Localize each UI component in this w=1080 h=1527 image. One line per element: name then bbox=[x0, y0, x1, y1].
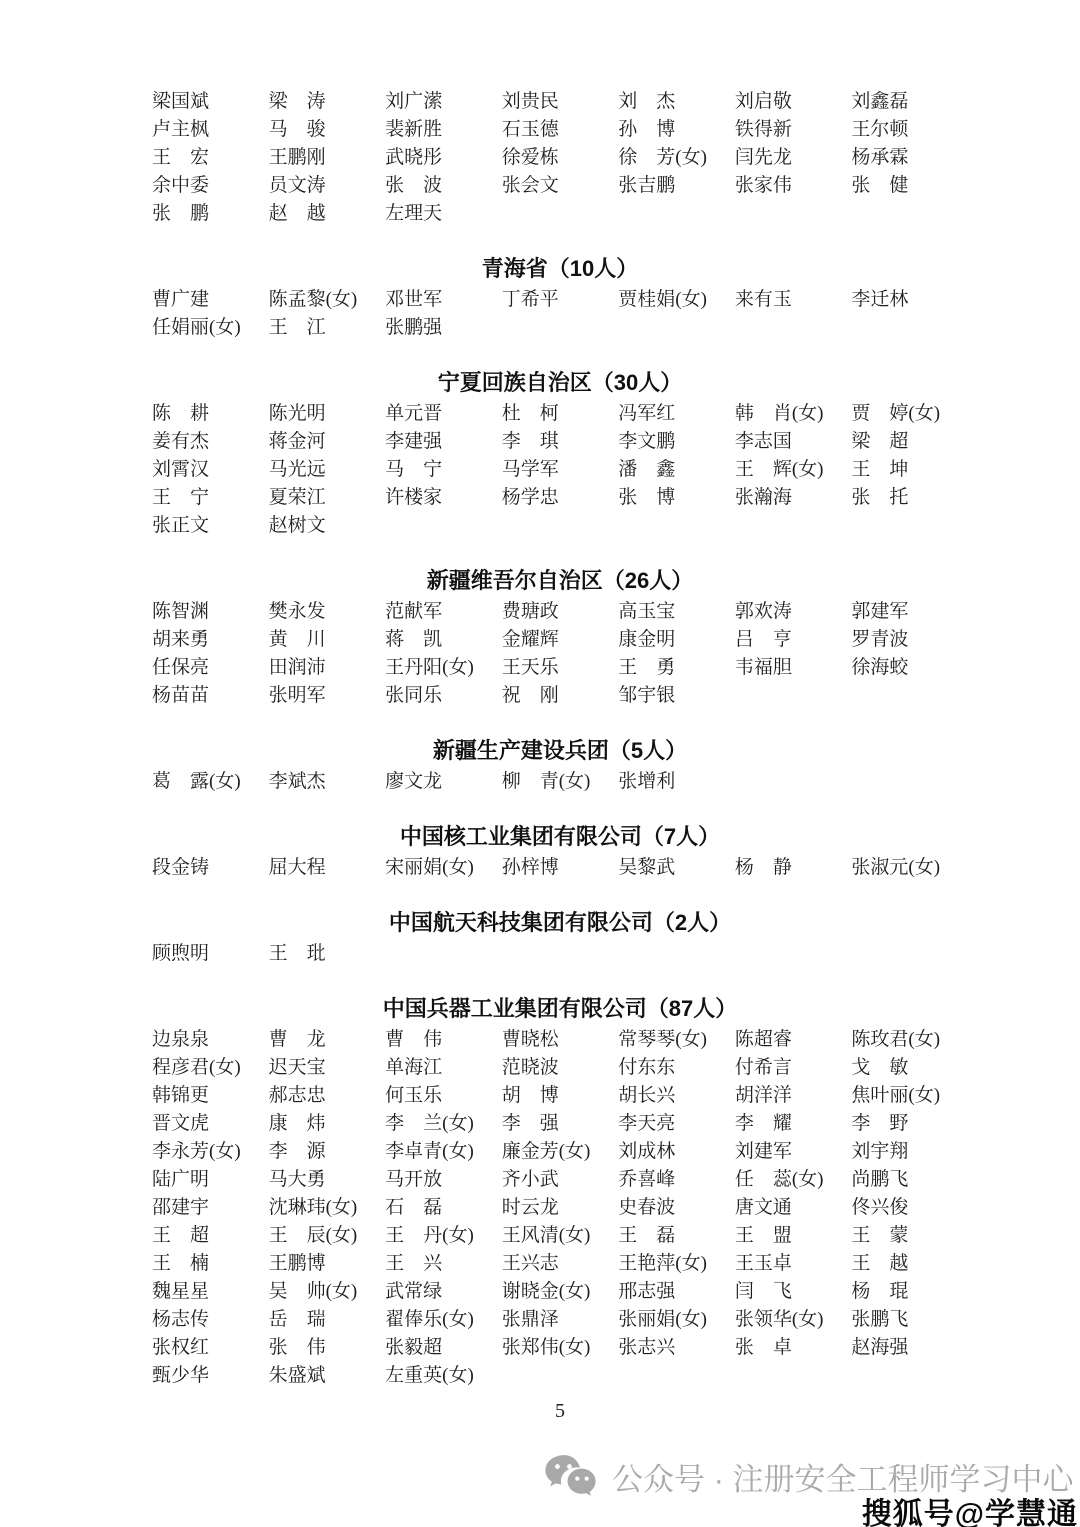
name-row: 王 宏王鹏刚武晓彤徐爱栋徐 芳(女)闫先龙杨承霖 bbox=[152, 144, 968, 172]
person-name: 丁希平 bbox=[502, 286, 619, 314]
person-name: 张家伟 bbox=[735, 172, 852, 200]
person-name: 邢志强 bbox=[618, 1278, 735, 1306]
person-name: 赵 越 bbox=[269, 200, 386, 228]
person-name: 王 兴 bbox=[385, 1250, 502, 1278]
person-name: 来有玉 bbox=[735, 286, 852, 314]
person-name: 梁 超 bbox=[851, 428, 968, 456]
person-name: 胡来勇 bbox=[152, 626, 269, 654]
person-name: 单海江 bbox=[385, 1054, 502, 1082]
person-name: 石玉德 bbox=[502, 116, 619, 144]
person-name: 张明军 bbox=[269, 682, 386, 710]
person-name: 王尔顿 bbox=[851, 116, 968, 144]
person-name: 闫 飞 bbox=[735, 1278, 852, 1306]
person-name: 刘建军 bbox=[735, 1138, 852, 1166]
person-name: 张同乐 bbox=[385, 682, 502, 710]
person-name: 陈 耕 bbox=[152, 400, 269, 428]
person-name: 段金铸 bbox=[152, 854, 269, 882]
person-name: 边泉泉 bbox=[152, 1026, 269, 1054]
person-name: 陈光明 bbox=[269, 400, 386, 428]
person-name: 任娟丽(女) bbox=[152, 314, 269, 342]
person-name: 吴黎武 bbox=[618, 854, 735, 882]
person-name: 刘启敬 bbox=[735, 88, 852, 116]
person-name: 吕 亨 bbox=[735, 626, 852, 654]
name-list-section: 梁国斌梁 涛刘广潆刘贵民刘 杰刘启敬刘鑫磊卢主枫马 骏裴新胜石玉德孙 博铁得新王… bbox=[152, 88, 968, 228]
name-row: 程彦君(女)迟天宝单海江范晓波付东东付希言戈 敏 bbox=[152, 1054, 968, 1082]
section-title: 宁夏回族自治区（30人） bbox=[152, 370, 968, 396]
person-name: 曹 伟 bbox=[385, 1026, 502, 1054]
person-name: 李 源 bbox=[269, 1138, 386, 1166]
person-name: 马 骏 bbox=[269, 116, 386, 144]
section-title: 新疆生产建设兵团（5人） bbox=[152, 738, 968, 764]
name-row: 任保亮田润沛王丹阳(女)王天乐王 勇韦福胆徐海蛟 bbox=[152, 654, 968, 682]
person-name: 齐小武 bbox=[502, 1166, 619, 1194]
person-name: 张 伟 bbox=[269, 1334, 386, 1362]
section-rows: 陈 耕陈光明单元晋杜 柯冯军红韩 肖(女)贾 婷(女)姜有杰蒋金河李建强李 琪李… bbox=[152, 400, 968, 540]
section-rows: 段金铸屈大程宋丽娟(女)孙梓博吴黎武杨 静张淑元(女) bbox=[152, 854, 968, 882]
person-name: 刘贵民 bbox=[502, 88, 619, 116]
person-name: 王天乐 bbox=[502, 654, 619, 682]
person-name: 石 磊 bbox=[385, 1194, 502, 1222]
name-row: 梁国斌梁 涛刘广潆刘贵民刘 杰刘启敬刘鑫磊 bbox=[152, 88, 968, 116]
person-name: 刘成林 bbox=[618, 1138, 735, 1166]
person-name: 王 盟 bbox=[735, 1222, 852, 1250]
person-name: 马光远 bbox=[269, 456, 386, 484]
person-name: 张毅超 bbox=[385, 1334, 502, 1362]
person-name: 徐 芳(女) bbox=[618, 144, 735, 172]
person-name: 张 鹏 bbox=[152, 200, 269, 228]
person-name: 蒋金河 bbox=[269, 428, 386, 456]
person-name: 赵树文 bbox=[269, 512, 386, 540]
person-name: 余中委 bbox=[152, 172, 269, 200]
person-name: 沈琳玮(女) bbox=[269, 1194, 386, 1222]
person-name: 杨志传 bbox=[152, 1306, 269, 1334]
person-name: 费瑭政 bbox=[502, 598, 619, 626]
person-name: 马大勇 bbox=[269, 1166, 386, 1194]
person-name: 员文涛 bbox=[269, 172, 386, 200]
sections-container: 梁国斌梁 涛刘广潆刘贵民刘 杰刘启敬刘鑫磊卢主枫马 骏裴新胜石玉德孙 博铁得新王… bbox=[152, 88, 968, 1423]
person-name: 王 玭 bbox=[269, 940, 386, 968]
person-name: 张权红 bbox=[152, 1334, 269, 1362]
section-title: 中国核工业集团有限公司（7人） bbox=[152, 824, 968, 850]
section-rows: 边泉泉曹 龙曹 伟曹晓松常琴琴(女)陈超睿陈玫君(女)程彦君(女)迟天宝单海江范… bbox=[152, 1026, 968, 1390]
person-name: 潘 鑫 bbox=[618, 456, 735, 484]
person-name: 李永芳(女) bbox=[152, 1138, 269, 1166]
person-name: 陈孟黎(女) bbox=[269, 286, 386, 314]
person-name: 杨苗苗 bbox=[152, 682, 269, 710]
name-list-section: 新疆维吾尔自治区（26人）陈智渊樊永发范献军费瑭政高玉宝郭欢涛郭建军胡来勇黄 川… bbox=[152, 568, 968, 710]
section-rows: 葛 露(女)李斌杰廖文龙柳 青(女)张增利 bbox=[152, 768, 968, 796]
person-name: 谢晓金(女) bbox=[502, 1278, 619, 1306]
person-name: 贾桂娟(女) bbox=[618, 286, 735, 314]
person-name: 魏星星 bbox=[152, 1278, 269, 1306]
person-name: 任保亮 bbox=[152, 654, 269, 682]
sohu-account-label: 搜狐号@学慧通 bbox=[862, 1489, 1078, 1527]
person-name: 李 耀 bbox=[735, 1110, 852, 1138]
name-list-section: 中国航天科技集团有限公司（2人）顾煦明王 玭 bbox=[152, 910, 968, 968]
person-name: 王风清(女) bbox=[502, 1222, 619, 1250]
person-name: 尚鹏飞 bbox=[851, 1166, 968, 1194]
person-name: 陈超睿 bbox=[735, 1026, 852, 1054]
person-name: 梁 涛 bbox=[269, 88, 386, 116]
person-name: 王 辰(女) bbox=[269, 1222, 386, 1250]
person-name: 胡长兴 bbox=[618, 1082, 735, 1110]
person-name: 廖文龙 bbox=[385, 768, 502, 796]
person-name: 蒋 凯 bbox=[385, 626, 502, 654]
person-name: 郭欢涛 bbox=[735, 598, 852, 626]
name-row: 张 鹏赵 越左理天 bbox=[152, 200, 968, 228]
person-name: 杨承霖 bbox=[851, 144, 968, 172]
person-name: 邵建宇 bbox=[152, 1194, 269, 1222]
section-title: 新疆维吾尔自治区（26人） bbox=[152, 568, 968, 594]
person-name: 王 宁 bbox=[152, 484, 269, 512]
name-row: 陈智渊樊永发范献军费瑭政高玉宝郭欢涛郭建军 bbox=[152, 598, 968, 626]
person-name: 李卓青(女) bbox=[385, 1138, 502, 1166]
person-name: 徐爱栋 bbox=[502, 144, 619, 172]
person-name: 付希言 bbox=[735, 1054, 852, 1082]
person-name: 黄 川 bbox=[269, 626, 386, 654]
person-name: 刘广潆 bbox=[385, 88, 502, 116]
person-name: 胡 博 bbox=[502, 1082, 619, 1110]
name-row: 边泉泉曹 龙曹 伟曹晓松常琴琴(女)陈超睿陈玫君(女) bbox=[152, 1026, 968, 1054]
person-name: 许楼家 bbox=[385, 484, 502, 512]
person-name: 刘鑫磊 bbox=[851, 88, 968, 116]
person-name: 王 越 bbox=[851, 1250, 968, 1278]
person-name: 铁得新 bbox=[735, 116, 852, 144]
person-name: 冯军红 bbox=[618, 400, 735, 428]
person-name: 贾 婷(女) bbox=[851, 400, 968, 428]
person-name: 邹宇银 bbox=[618, 682, 735, 710]
person-name: 王 丹(女) bbox=[385, 1222, 502, 1250]
name-row: 葛 露(女)李斌杰廖文龙柳 青(女)张增利 bbox=[152, 768, 968, 796]
person-name: 孙 博 bbox=[618, 116, 735, 144]
name-list-section: 宁夏回族自治区（30人）陈 耕陈光明单元晋杜 柯冯军红韩 肖(女)贾 婷(女)姜… bbox=[152, 370, 968, 540]
name-list-section: 中国核工业集团有限公司（7人）段金铸屈大程宋丽娟(女)孙梓博吴黎武杨 静张淑元(… bbox=[152, 824, 968, 882]
person-name: 张鹏飞 bbox=[851, 1306, 968, 1334]
person-name: 康 炜 bbox=[269, 1110, 386, 1138]
person-name: 马 宁 bbox=[385, 456, 502, 484]
person-name: 佟兴俊 bbox=[851, 1194, 968, 1222]
person-name: 韩 肖(女) bbox=[735, 400, 852, 428]
person-name: 张淑元(女) bbox=[851, 854, 968, 882]
person-name: 刘霄汉 bbox=[152, 456, 269, 484]
person-name: 王 磊 bbox=[618, 1222, 735, 1250]
name-row: 李永芳(女)李 源李卓青(女)廉金芳(女)刘成林刘建军刘宇翔 bbox=[152, 1138, 968, 1166]
person-name: 郝志忠 bbox=[269, 1082, 386, 1110]
name-row: 顾煦明王 玭 bbox=[152, 940, 968, 968]
person-name: 李建强 bbox=[385, 428, 502, 456]
name-row: 姜有杰蒋金河李建强李 琪李文鹏李志国梁 超 bbox=[152, 428, 968, 456]
person-name: 岳 瑞 bbox=[269, 1306, 386, 1334]
person-name: 罗青波 bbox=[851, 626, 968, 654]
person-name: 杜 柯 bbox=[502, 400, 619, 428]
person-name: 夏荣江 bbox=[269, 484, 386, 512]
person-name: 张 波 bbox=[385, 172, 502, 200]
name-row: 晋文虎康 炜李 兰(女)李 强李天亮李 耀李 野 bbox=[152, 1110, 968, 1138]
person-name: 王 宏 bbox=[152, 144, 269, 172]
person-name: 王 坤 bbox=[851, 456, 968, 484]
person-name: 时云龙 bbox=[502, 1194, 619, 1222]
person-name: 梁国斌 bbox=[152, 88, 269, 116]
person-name: 张丽娟(女) bbox=[618, 1306, 735, 1334]
person-name: 单元晋 bbox=[385, 400, 502, 428]
person-name: 张鼎泽 bbox=[502, 1306, 619, 1334]
person-name: 马学军 bbox=[502, 456, 619, 484]
section-rows: 顾煦明王 玭 bbox=[152, 940, 968, 968]
name-row: 张正文赵树文 bbox=[152, 512, 968, 540]
person-name: 杨 琨 bbox=[851, 1278, 968, 1306]
person-name: 唐文通 bbox=[735, 1194, 852, 1222]
person-name: 张领华(女) bbox=[735, 1306, 852, 1334]
person-name: 李 野 bbox=[851, 1110, 968, 1138]
person-name: 屈大程 bbox=[269, 854, 386, 882]
person-name: 田润沛 bbox=[269, 654, 386, 682]
person-name: 王 辉(女) bbox=[735, 456, 852, 484]
person-name: 李 兰(女) bbox=[385, 1110, 502, 1138]
name-row: 刘霄汉马光远马 宁马学军潘 鑫王 辉(女)王 坤 bbox=[152, 456, 968, 484]
person-name: 李 琪 bbox=[502, 428, 619, 456]
person-name: 王鹏博 bbox=[269, 1250, 386, 1278]
person-name: 柳 青(女) bbox=[502, 768, 619, 796]
person-name: 迟天宝 bbox=[269, 1054, 386, 1082]
person-name: 朱盛斌 bbox=[269, 1362, 386, 1390]
name-row: 任娟丽(女)王 江张鹏强 bbox=[152, 314, 968, 342]
person-name: 金耀辉 bbox=[502, 626, 619, 654]
name-row: 张权红张 伟张毅超张郑伟(女)张志兴张 卓赵海强 bbox=[152, 1334, 968, 1362]
section-title: 青海省（10人） bbox=[152, 256, 968, 282]
person-name: 马开放 bbox=[385, 1166, 502, 1194]
person-name: 何玉乐 bbox=[385, 1082, 502, 1110]
person-name: 张会文 bbox=[502, 172, 619, 200]
person-name: 左重英(女) bbox=[385, 1362, 502, 1390]
person-name: 张 博 bbox=[618, 484, 735, 512]
section-rows: 陈智渊樊永发范献军费瑭政高玉宝郭欢涛郭建军胡来勇黄 川蒋 凯金耀辉康金明吕 亨罗… bbox=[152, 598, 968, 710]
name-row: 王 宁夏荣江许楼家杨学忠张 博张瀚海张 托 bbox=[152, 484, 968, 512]
name-row: 余中委员文涛张 波张会文张吉鹏张家伟张 健 bbox=[152, 172, 968, 200]
person-name: 程彦君(女) bbox=[152, 1054, 269, 1082]
person-name: 李迁林 bbox=[851, 286, 968, 314]
person-name: 王 江 bbox=[269, 314, 386, 342]
footer-watermark: 公众号 · 注册安全工程师学习中心 搜狐号@学慧通 bbox=[0, 1441, 1080, 1527]
name-row: 段金铸屈大程宋丽娟(女)孙梓博吴黎武杨 静张淑元(女) bbox=[152, 854, 968, 882]
person-name: 康金明 bbox=[618, 626, 735, 654]
name-row: 韩锦更郝志忠何玉乐胡 博胡长兴胡洋洋焦叶丽(女) bbox=[152, 1082, 968, 1110]
person-name: 闫先龙 bbox=[735, 144, 852, 172]
person-name: 武晓彤 bbox=[385, 144, 502, 172]
person-name: 任 蕊(女) bbox=[735, 1166, 852, 1194]
name-row: 卢主枫马 骏裴新胜石玉德孙 博铁得新王尔顿 bbox=[152, 116, 968, 144]
person-name: 张郑伟(女) bbox=[502, 1334, 619, 1362]
person-name: 曹 龙 bbox=[269, 1026, 386, 1054]
name-row: 邵建宇沈琳玮(女)石 磊时云龙史春波唐文通佟兴俊 bbox=[152, 1194, 968, 1222]
person-name: 常琴琴(女) bbox=[618, 1026, 735, 1054]
person-name: 王 蒙 bbox=[851, 1222, 968, 1250]
name-row: 甄少华朱盛斌左重英(女) bbox=[152, 1362, 968, 1390]
wechat-icon bbox=[543, 1453, 598, 1499]
person-name: 曹广建 bbox=[152, 286, 269, 314]
person-name: 廉金芳(女) bbox=[502, 1138, 619, 1166]
person-name: 王丹阳(女) bbox=[385, 654, 502, 682]
person-name: 王 超 bbox=[152, 1222, 269, 1250]
person-name: 戈 敏 bbox=[851, 1054, 968, 1082]
person-name: 王艳萍(女) bbox=[618, 1250, 735, 1278]
person-name: 李志国 bbox=[735, 428, 852, 456]
person-name: 李斌杰 bbox=[269, 768, 386, 796]
person-name: 曹晓松 bbox=[502, 1026, 619, 1054]
person-name: 郭建军 bbox=[851, 598, 968, 626]
person-name: 陈玫君(女) bbox=[851, 1026, 968, 1054]
person-name: 刘宇翔 bbox=[851, 1138, 968, 1166]
person-name: 杨 静 bbox=[735, 854, 852, 882]
person-name: 卢主枫 bbox=[152, 116, 269, 144]
person-name: 葛 露(女) bbox=[152, 768, 269, 796]
person-name: 张 卓 bbox=[735, 1334, 852, 1362]
page-number: 5 bbox=[152, 1400, 968, 1423]
name-list-section: 新疆生产建设兵团（5人）葛 露(女)李斌杰廖文龙柳 青(女)张增利 bbox=[152, 738, 968, 796]
name-row: 陈 耕陈光明单元晋杜 柯冯军红韩 肖(女)贾 婷(女) bbox=[152, 400, 968, 428]
person-name: 王鹏刚 bbox=[269, 144, 386, 172]
name-row: 陆广明马大勇马开放齐小武乔喜峰任 蕊(女)尚鹏飞 bbox=[152, 1166, 968, 1194]
person-name: 裴新胜 bbox=[385, 116, 502, 144]
person-name: 焦叶丽(女) bbox=[851, 1082, 968, 1110]
person-name: 范晓波 bbox=[502, 1054, 619, 1082]
person-name: 李文鹏 bbox=[618, 428, 735, 456]
section-rows: 曹广建陈孟黎(女)邓世军丁希平贾桂娟(女)来有玉李迁林任娟丽(女)王 江张鹏强 bbox=[152, 286, 968, 342]
person-name: 李 强 bbox=[502, 1110, 619, 1138]
name-row: 魏星星吴 帅(女)武常绿谢晓金(女)邢志强闫 飞杨 琨 bbox=[152, 1278, 968, 1306]
person-name: 王 楠 bbox=[152, 1250, 269, 1278]
person-name: 胡洋洋 bbox=[735, 1082, 852, 1110]
name-list-section: 青海省（10人）曹广建陈孟黎(女)邓世军丁希平贾桂娟(女)来有玉李迁林任娟丽(女… bbox=[152, 256, 968, 342]
person-name: 樊永发 bbox=[269, 598, 386, 626]
name-row: 王 楠王鹏博王 兴王兴志王艳萍(女)王玉卓王 越 bbox=[152, 1250, 968, 1278]
person-name: 宋丽娟(女) bbox=[385, 854, 502, 882]
person-name: 张吉鹏 bbox=[618, 172, 735, 200]
name-list-section: 中国兵器工业集团有限公司（87人）边泉泉曹 龙曹 伟曹晓松常琴琴(女)陈超睿陈玫… bbox=[152, 996, 968, 1390]
person-name: 张增利 bbox=[618, 768, 735, 796]
person-name: 韩锦更 bbox=[152, 1082, 269, 1110]
person-name: 祝 刚 bbox=[502, 682, 619, 710]
name-row: 杨志传岳 瑞翟俸乐(女)张鼎泽张丽娟(女)张领华(女)张鹏飞 bbox=[152, 1306, 968, 1334]
person-name: 张 托 bbox=[851, 484, 968, 512]
person-name: 王兴志 bbox=[502, 1250, 619, 1278]
person-name: 左理天 bbox=[385, 200, 502, 228]
person-name: 吴 帅(女) bbox=[269, 1278, 386, 1306]
person-name: 张 健 bbox=[851, 172, 968, 200]
person-name: 范献军 bbox=[385, 598, 502, 626]
name-row: 曹广建陈孟黎(女)邓世军丁希平贾桂娟(女)来有玉李迁林 bbox=[152, 286, 968, 314]
person-name: 刘 杰 bbox=[618, 88, 735, 116]
person-name: 赵海强 bbox=[851, 1334, 968, 1362]
person-name: 付东东 bbox=[618, 1054, 735, 1082]
person-name: 翟俸乐(女) bbox=[385, 1306, 502, 1334]
section-title: 中国兵器工业集团有限公司（87人） bbox=[152, 996, 968, 1022]
document-page: 梁国斌梁 涛刘广潆刘贵民刘 杰刘启敬刘鑫磊卢主枫马 骏裴新胜石玉德孙 博铁得新王… bbox=[0, 0, 1080, 1527]
person-name: 徐海蛟 bbox=[851, 654, 968, 682]
person-name: 王玉卓 bbox=[735, 1250, 852, 1278]
person-name: 高玉宝 bbox=[618, 598, 735, 626]
name-row: 王 超王 辰(女)王 丹(女)王风清(女)王 磊王 盟王 蒙 bbox=[152, 1222, 968, 1250]
name-row: 杨苗苗张明军张同乐祝 刚邹宇银 bbox=[152, 682, 968, 710]
person-name: 史春波 bbox=[618, 1194, 735, 1222]
person-name: 邓世军 bbox=[385, 286, 502, 314]
person-name: 李天亮 bbox=[618, 1110, 735, 1138]
person-name: 杨学忠 bbox=[502, 484, 619, 512]
person-name: 韦福胆 bbox=[735, 654, 852, 682]
section-rows: 梁国斌梁 涛刘广潆刘贵民刘 杰刘启敬刘鑫磊卢主枫马 骏裴新胜石玉德孙 博铁得新王… bbox=[152, 88, 968, 228]
person-name: 陈智渊 bbox=[152, 598, 269, 626]
person-name: 武常绿 bbox=[385, 1278, 502, 1306]
person-name: 晋文虎 bbox=[152, 1110, 269, 1138]
person-name: 张鹏强 bbox=[385, 314, 502, 342]
person-name: 顾煦明 bbox=[152, 940, 269, 968]
person-name: 张正文 bbox=[152, 512, 269, 540]
person-name: 姜有杰 bbox=[152, 428, 269, 456]
person-name: 张瀚海 bbox=[735, 484, 852, 512]
section-title: 中国航天科技集团有限公司（2人） bbox=[152, 910, 968, 936]
person-name: 王 勇 bbox=[618, 654, 735, 682]
person-name: 乔喜峰 bbox=[618, 1166, 735, 1194]
name-row: 胡来勇黄 川蒋 凯金耀辉康金明吕 亨罗青波 bbox=[152, 626, 968, 654]
person-name: 陆广明 bbox=[152, 1166, 269, 1194]
person-name: 张志兴 bbox=[618, 1334, 735, 1362]
person-name: 甄少华 bbox=[152, 1362, 269, 1390]
person-name: 孙梓博 bbox=[502, 854, 619, 882]
